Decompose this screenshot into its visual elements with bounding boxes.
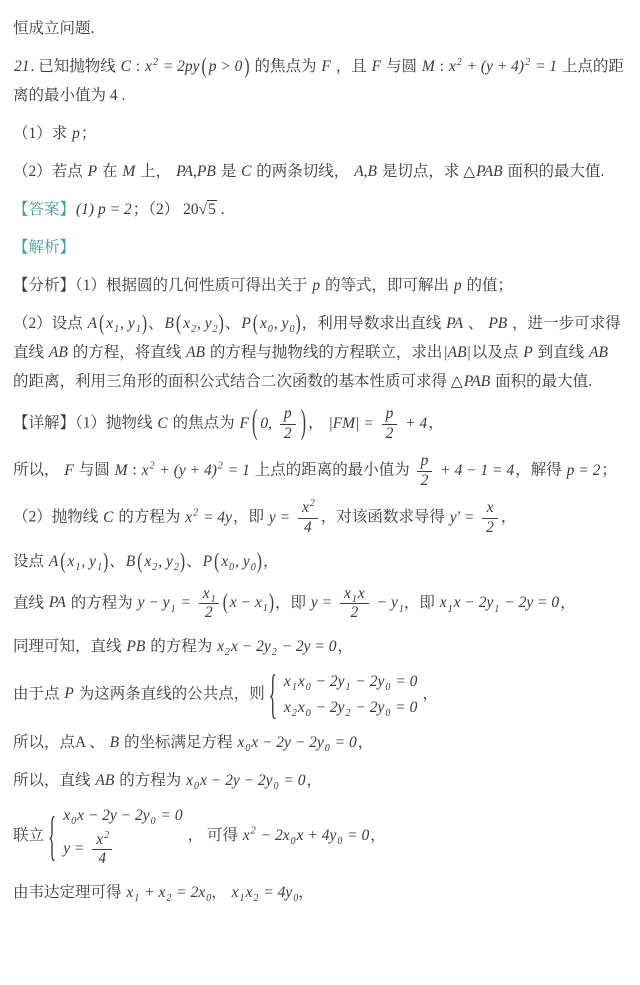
- fraction: x1x2: [340, 585, 369, 623]
- analysis-part2: （2）设点 Ax1, y1、Bx2, y2、Px0, y0，利用导数求出直线 P…: [13, 309, 624, 396]
- analysis-part1: 【分析】（1）根据圆的几何性质可得出关于 p 的等式，即可解出 p 的值；: [13, 271, 624, 300]
- line-PA-equation: 直线 PA 的方程为 y − y1 = x12x − x1，即 y = x1x2…: [13, 585, 624, 623]
- parenthesized-expression: 0, p2: [250, 405, 308, 443]
- parenthesized-expression: x − x1: [222, 588, 275, 617]
- part1-question: （1）求 p；: [13, 119, 624, 148]
- AB-line-equation: 所以，直线 AB 的方程为 x0x − 2y − 2y0 = 0，: [13, 766, 624, 795]
- parenthesized-expression: x1, y1: [59, 547, 109, 576]
- system-brace: {: [269, 648, 277, 741]
- parenthesized-expression: x2, y2: [136, 547, 186, 576]
- fraction: x12: [199, 585, 219, 623]
- AB-coords-satisfy: 所以，点A 、 B 的坐标满足方程 x0x − 2y − 2y0 = 0，: [13, 728, 624, 757]
- fraction: x2: [482, 499, 498, 537]
- answer-line: 【答案】(1) p = 2；（2） 20√5 .: [13, 195, 624, 224]
- part2-question: （2）若点 P 在 M 上， PA,PB 是 C 的两条切线， A,B 是切点，…: [13, 157, 624, 186]
- parenthesized-expression: x1, y1: [98, 309, 148, 338]
- fraction: x24: [298, 499, 318, 537]
- detail-part1-solve: 所以， F 与圆 M : x2 + (y + 4)2 = 1 上点的距离的最小值…: [13, 452, 624, 490]
- combine-system: 联立{x0x − 2y − 2y0 = 0y = x24， 可得 x2 − 2x…: [13, 804, 624, 868]
- problem-statement: 21. 已知抛物线 C : x2 = 2pyp > 0 的焦点为 F ，且 F …: [13, 52, 624, 110]
- fraction: p2: [382, 405, 398, 443]
- detail-part2-derivative: （2）抛物线 C 的方程为 x2 = 4y，即 y = x24，对该函数求导得 …: [13, 499, 624, 537]
- detail-part1-focus: 【详解】（1）抛物线 C 的焦点为 F0, p2， |FM| = p2 + 4，: [13, 405, 624, 443]
- vieta-theorem: 由韦达定理可得 x1 + x2 = 2x0， x1x2 = 4y0，: [13, 878, 624, 907]
- solution-document: 恒成立问题.21. 已知抛物线 C : x2 = 2pyp > 0 的焦点为 F…: [0, 0, 640, 985]
- fraction: p2: [280, 405, 296, 443]
- parenthesized-expression: x0, y0: [213, 547, 263, 576]
- parenthesized-expression: p > 0: [201, 52, 251, 81]
- fraction: x24: [92, 831, 112, 869]
- analysis-header: 【解析】: [13, 233, 624, 262]
- common-point-system: 由于点 P 为这两条直线的公共点，则{x1x0 − 2y1 − 2y0 = 0x…: [13, 670, 624, 720]
- detail-setpoints: 设点 Ax1, y1、Bx2, y2、Px0, y0，: [13, 547, 624, 576]
- line-PB-equation: 同理可知，直线 PB 的方程为 x2x − 2y2 − 2y = 0，: [13, 632, 624, 661]
- fraction: p2: [417, 452, 433, 490]
- equation-system: {x0x − 2y − 2y0 = 0y = x24: [48, 804, 184, 868]
- equation-system: {x1x0 − 2y1 − 2y0 = 0x2x0 − 2y2 − 2y0 = …: [269, 670, 419, 720]
- radical: √5: [199, 200, 217, 218]
- system-brace: {: [48, 790, 56, 883]
- parenthesized-expression: x0, y0: [252, 309, 302, 338]
- parenthesized-expression: x2, y2: [175, 309, 225, 338]
- intro-note: 恒成立问题.: [13, 14, 624, 43]
